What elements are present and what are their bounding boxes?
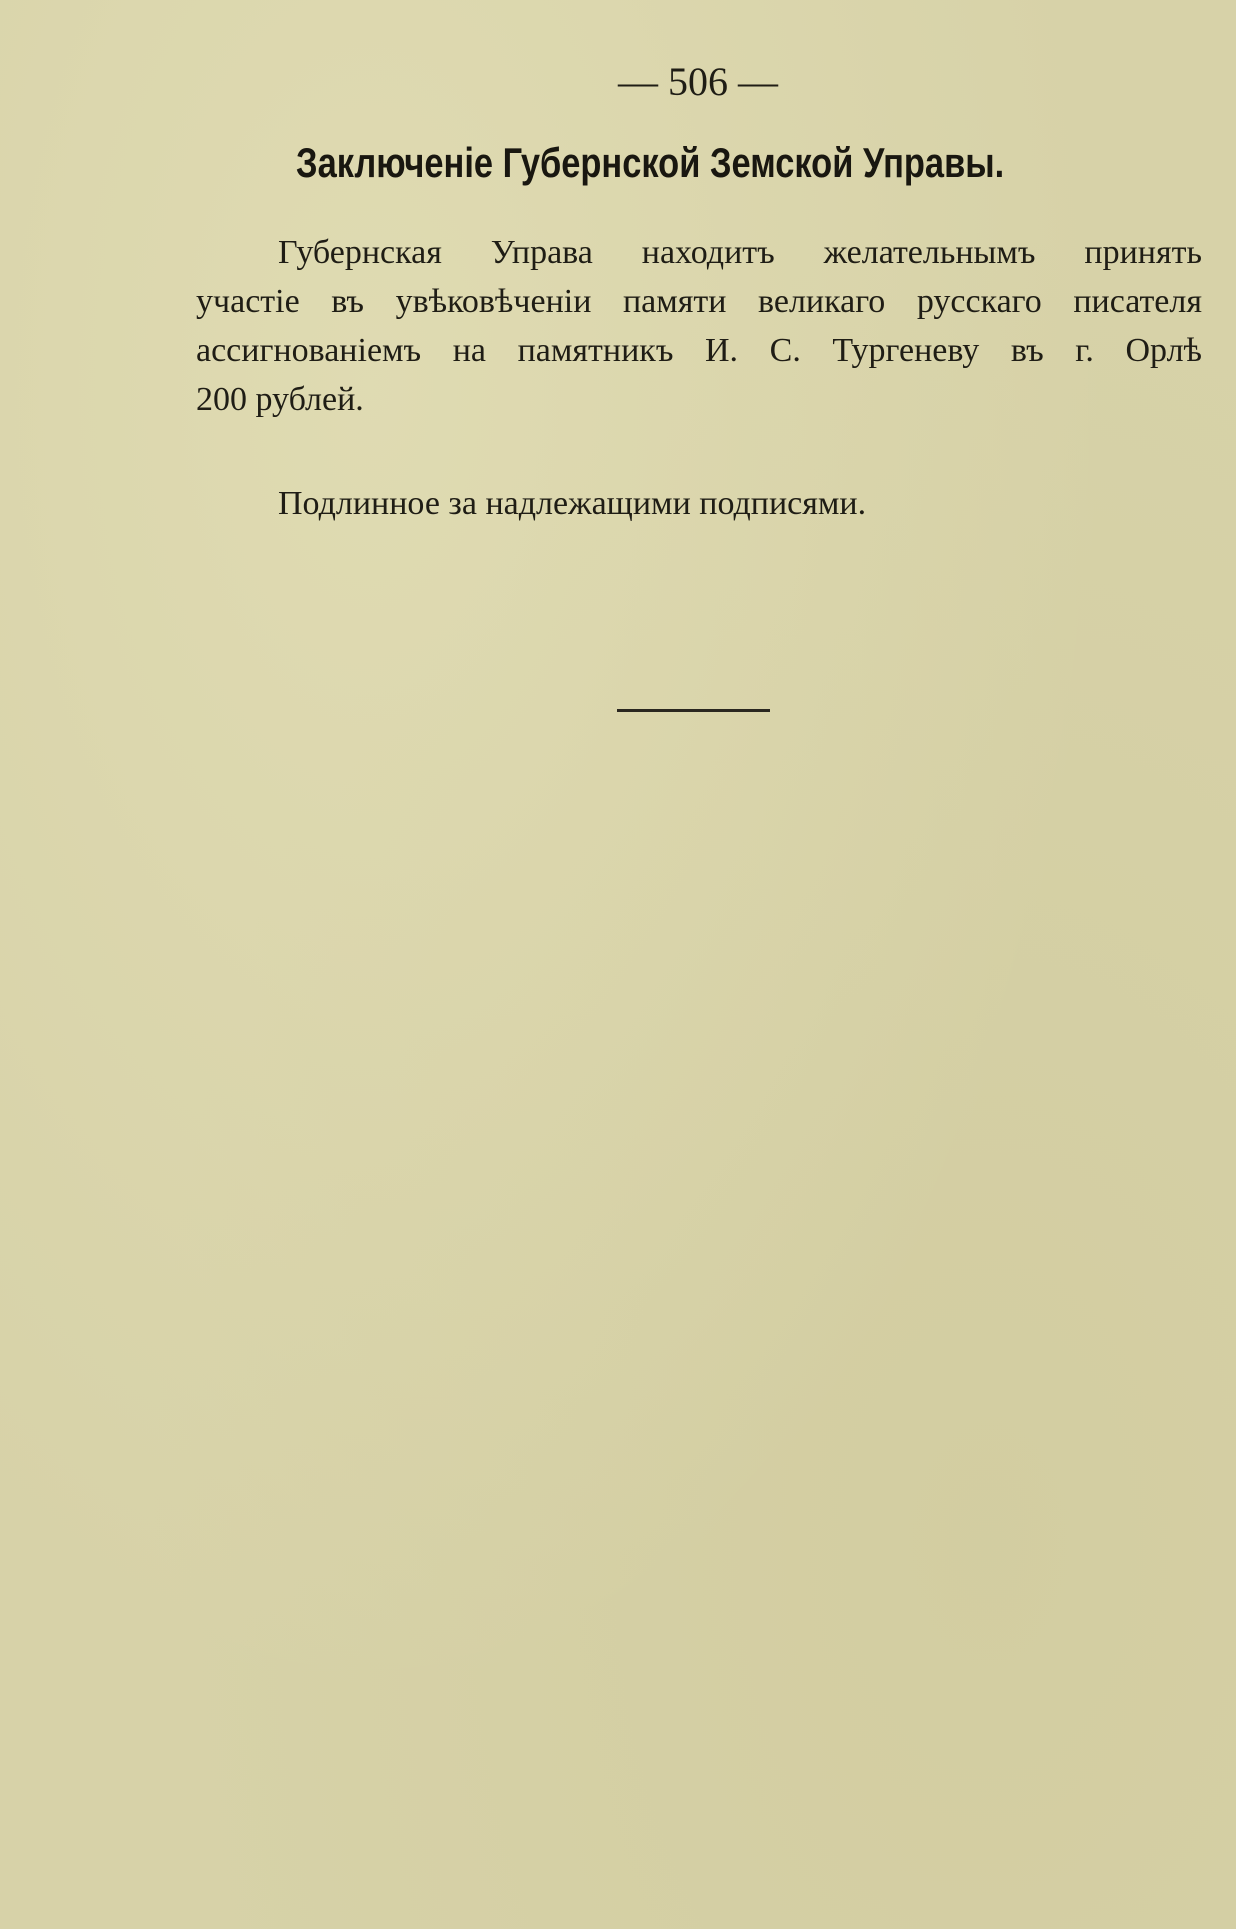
section-title: Заключенiе Губернской Земской Управы.: [296, 138, 1004, 188]
body-paragraph: Губернская Управа находитъ желательнымъ …: [196, 228, 1202, 424]
document-page: — 506 — Заключенiе Губернской Земской Уп…: [0, 0, 1236, 1929]
body-line: ассигнованiемъ на памятникъ И. С. Турген…: [196, 326, 1202, 375]
closing-rule-divider: [617, 709, 770, 712]
page-number: — 506 —: [0, 58, 1236, 106]
body-line: участiе въ увѣковѣченiи памяти великаго …: [196, 277, 1202, 326]
body-line: Губернская Управа находитъ желательнымъ …: [196, 228, 1202, 277]
bleed-through-text: [200, 640, 210, 689]
signature-note: Подлинное за надлежащими подписями.: [278, 480, 866, 528]
body-line: 200 рублей.: [196, 375, 1202, 424]
